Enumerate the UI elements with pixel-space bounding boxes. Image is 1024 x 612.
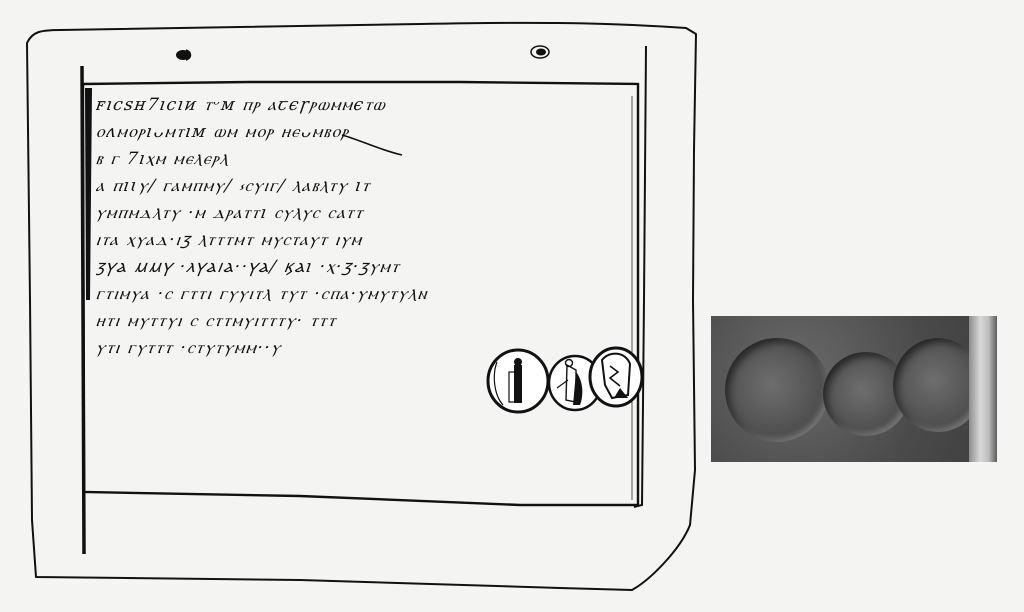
inner-field-left-border — [82, 66, 84, 554]
binding-hole-left — [176, 50, 191, 60]
inscription-line-5: ⲩⲙⲡⲙⲇⲗⲧⲩ ·ⲙ ⲇⲣⲁⲧⲧı ⲥⲩⲗⲩⲥ ⲥⲁⲧⲧ — [96, 200, 636, 227]
binding-hole-right — [531, 46, 549, 58]
inscription: ꜰıcꜱʜ7ıcıᴎ ⲧᵕᴍ ⲡⲣ ⲁꞇϵꞅⲣⲱⲙⲙϵⲧⲱ ⲟʌⲙⲟⲣıᴗⲙⲧı… — [96, 92, 636, 362]
facsimile-figure: ꜰıcꜱʜ7ıcıᴎ ⲧᵕᴍ ⲡⲣ ⲁꞇϵꞅⲣⲱⲙⲙϵⲧⲱ ⲟʌⲙⲟⲣıᴗⲙⲧı… — [0, 0, 1024, 612]
inscription-line-4: ⲁ ⲡıɩⲩ/ ⲅⲁⲙⲡⲙⲩ/ ⳽ⲥⲩⲓⲅ/ ⲗⲁⲃⲗⲧⲩ ıⲧ — [96, 173, 636, 200]
seal-photograph — [711, 316, 997, 462]
left-border-shading — [85, 88, 92, 300]
photo-tablet-edge — [969, 316, 997, 462]
inscription-line-1: ꜰıcꜱʜ7ıcıᴎ ⲧᵕᴍ ⲡⲣ ⲁꞇϵꞅⲣⲱⲙⲙϵⲧⲱ — [96, 92, 636, 119]
inscription-line-10: ⲩⲧⲓ ⲅⲩⲧⲧⲧ ·ⲥⲧⲩⲧⲩⲙⲙ··ⲩ — [96, 335, 636, 362]
inscription-line-6: ⲓⲧⲁ ⲭⲩⲁⲇ·ⲓⳅ ⲗⲧⲧⲧⲙⲧ ⲙⲩⲥⲧⲁⲩⲧ ⲓⲩⲙ — [96, 227, 636, 254]
photo-seal-left — [725, 338, 829, 442]
inscription-line-2: ⲟʌⲙⲟⲣıᴗⲙⲧıᴍ ⲱⲙ ⲙⲟⲣ ⲏⲉᴗⲙⲃⲟⲣ — [96, 119, 636, 146]
inscription-line-7: ⳅⲩⲁ ⲙⲙⲩ ·ⲗⲩⲁⲓⲁ··ⲩⲁ/ ⳤⲁı ·ⲭ·ⳅ·ⳅⲩⲙⲧ — [96, 254, 636, 281]
inscription-line-9: ⲏⲧⲓ ⲙⲩⲧⲧⲩⲓ ⲥ ⲥⲧⲧⲙⲩⲓⲧⲧⲧⲩ· ⲧⲧⲧ — [96, 308, 636, 335]
inscription-line-8: ⲅⲧⲓⲙⲩⲁ ·ⲥ ⲅⲧⲧⲓ ⲅⲩⲩⲓⲧⲗ ⲧⲩⲧ ·ⲥⲡⲁ·ⲩⲙⲩⲧⲩⲗⲛ — [96, 281, 636, 308]
inscription-line-3: ⲃ ⲅ 7ıⲭⲙ ⲙⲉⲗⲉⲣⲗ — [96, 146, 636, 173]
